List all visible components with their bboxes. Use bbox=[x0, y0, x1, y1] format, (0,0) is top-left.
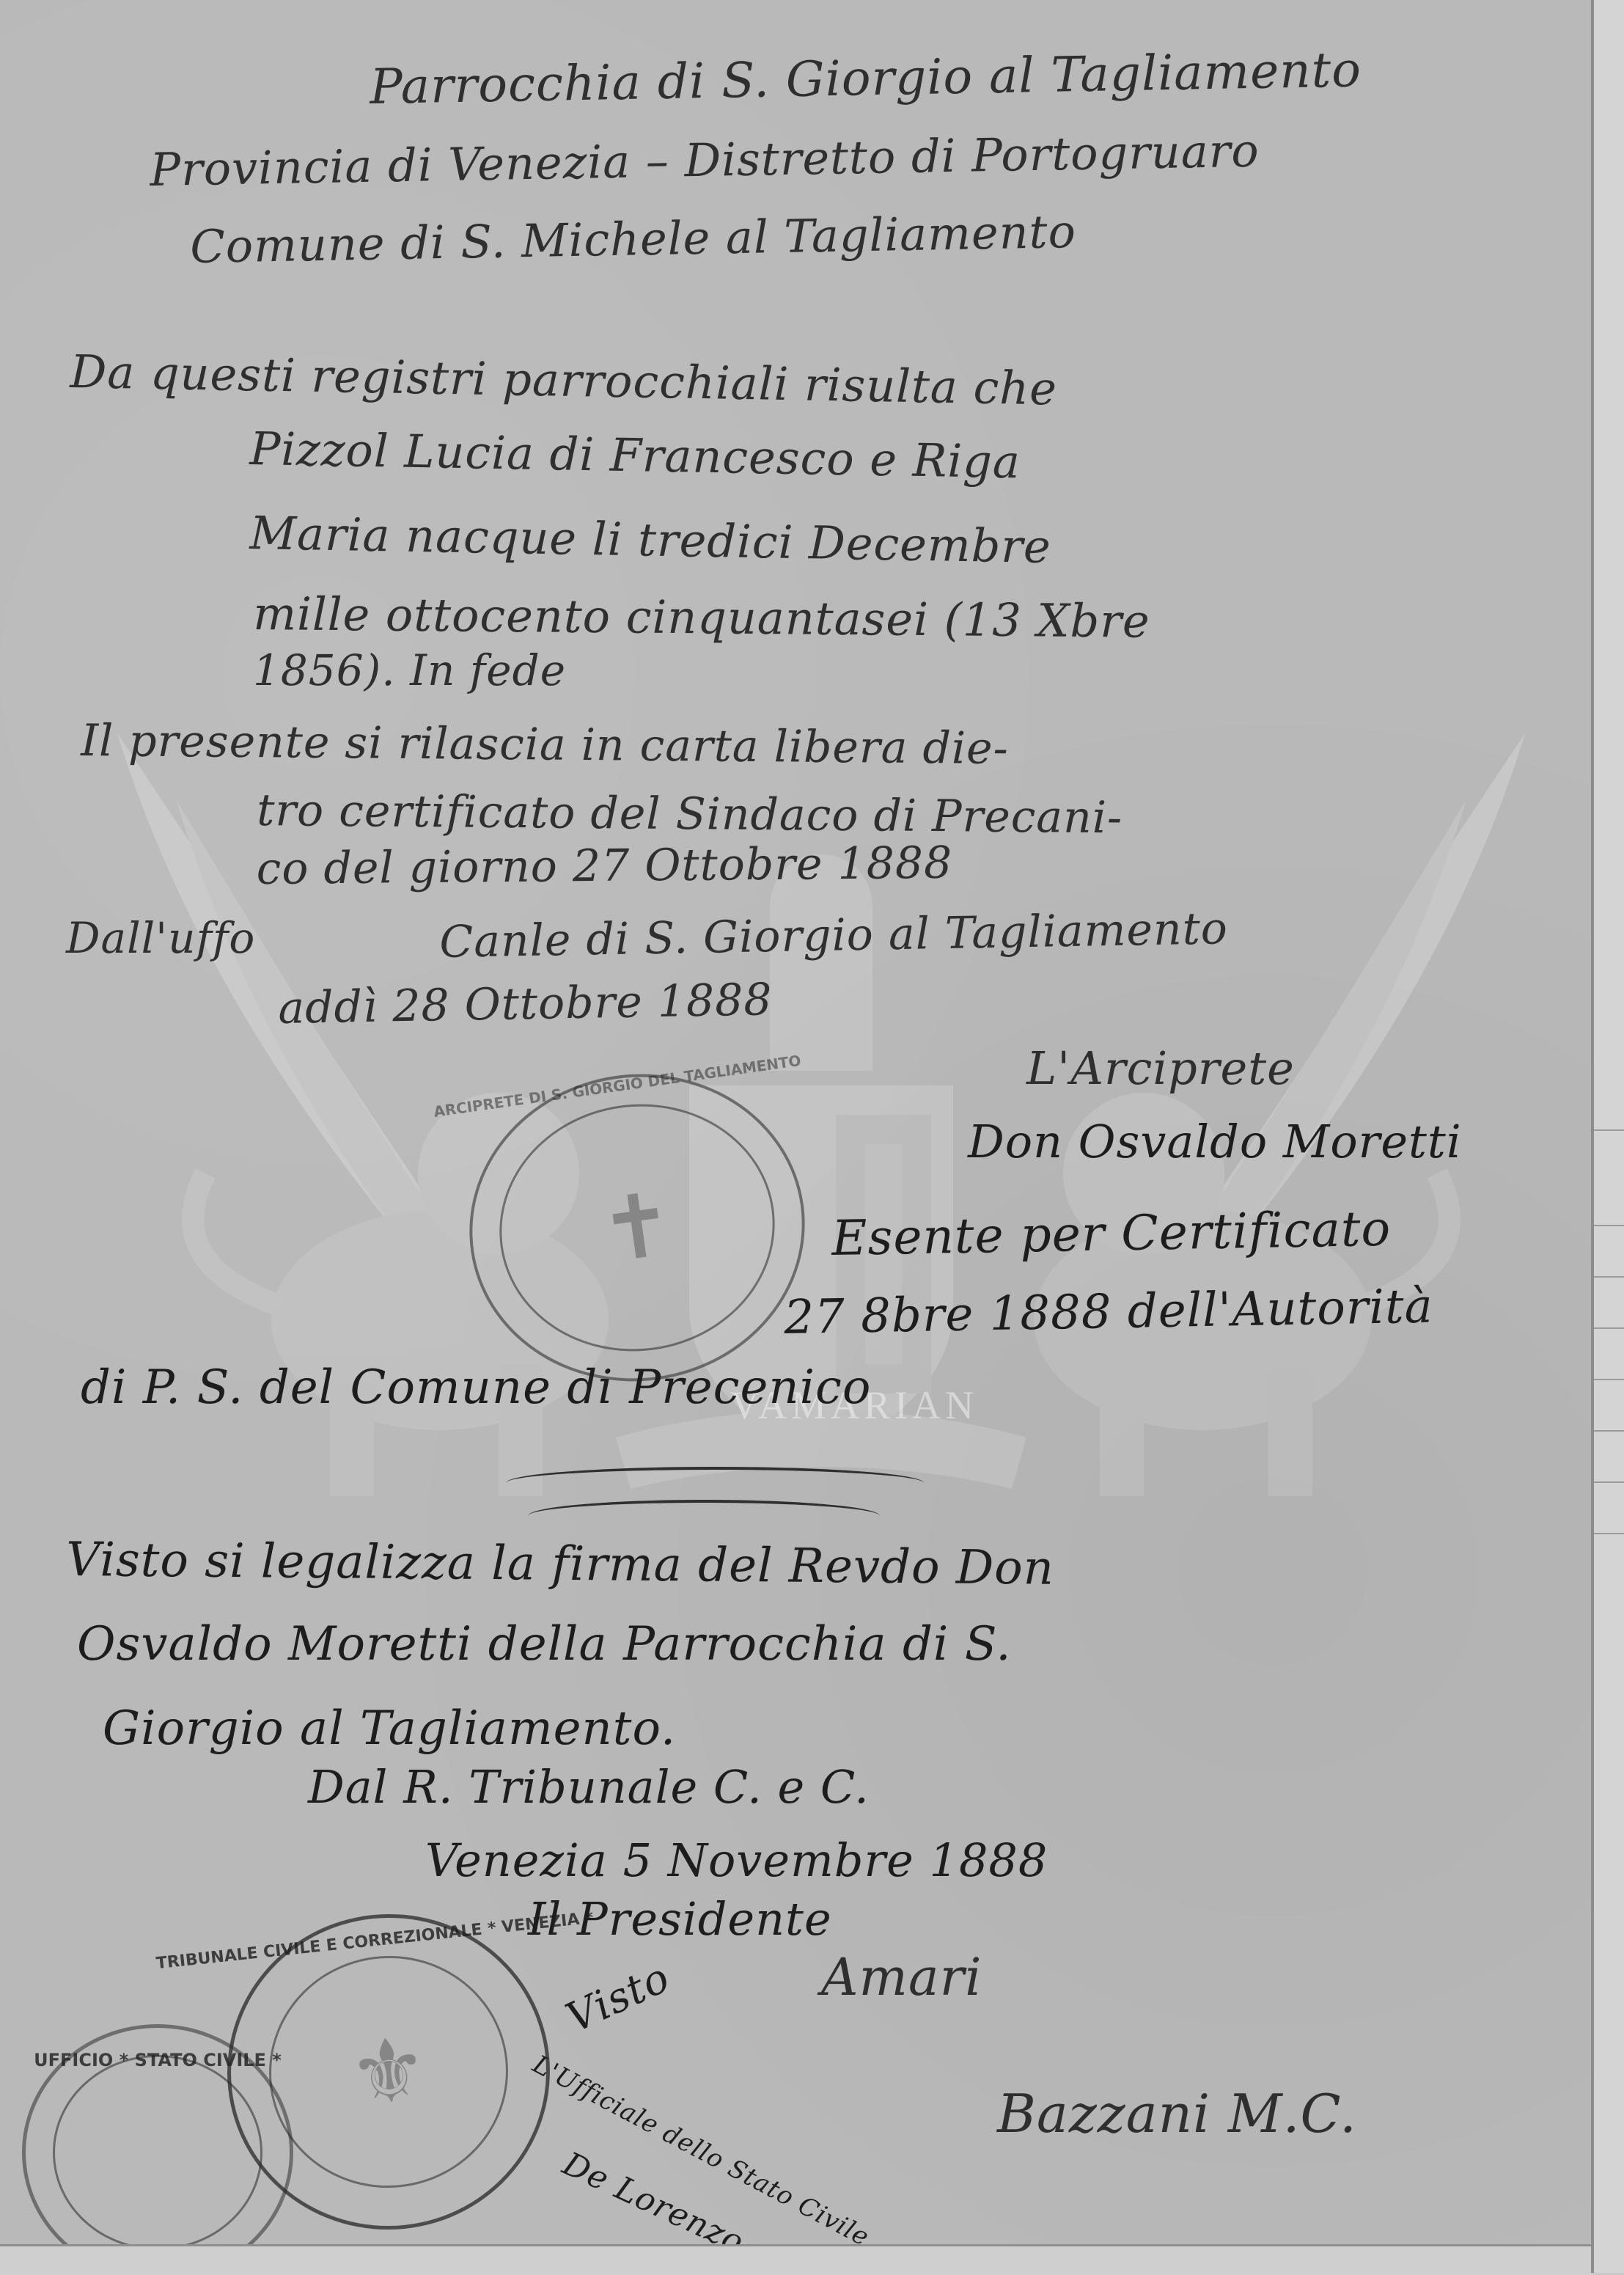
visto-signature: Visto bbox=[559, 1954, 677, 2043]
page-edge bbox=[1591, 0, 1624, 2273]
ruled-line bbox=[1594, 1533, 1624, 1534]
body-line-4: mille ottocento cinquantasei (13 Xbre bbox=[253, 587, 1150, 648]
body-line-3: Maria nacque li tredici Decembre bbox=[249, 506, 1051, 574]
body-line-11: addì 28 Ottobre 1888 bbox=[278, 974, 773, 1034]
body-line-10: Canle di S. Giorgio al Tagliamento bbox=[439, 903, 1229, 968]
ruled-line bbox=[1594, 1430, 1624, 1432]
legalization-line-3: Giorgio al Tagliamento. bbox=[103, 1701, 676, 1756]
saint-figure-icon: ✝ bbox=[594, 1172, 681, 1283]
ruled-line bbox=[1594, 1379, 1624, 1380]
exemption-underline-1 bbox=[506, 1467, 924, 1499]
exemption-line-3: di P. S. del Comune di Precenico bbox=[81, 1360, 871, 1415]
legalization-line-1: Visto si legalizza la firma del Revdo Do… bbox=[66, 1533, 1054, 1596]
ruled-line bbox=[1594, 1129, 1624, 1131]
parish-signature-name: Don Osvaldo Moretti bbox=[968, 1115, 1462, 1168]
ruled-line bbox=[1594, 1276, 1624, 1278]
ruled-line bbox=[1594, 1327, 1624, 1329]
body-line-5: 1856). In fede bbox=[253, 645, 566, 695]
parish-signature-title: L'Arciprete bbox=[1026, 1041, 1295, 1095]
president-signature: Amari bbox=[821, 1947, 982, 2007]
header-parish: Parrocchia di S. Giorgio al Tagliamento bbox=[370, 41, 1362, 115]
body-line-8: co del giorno 27 Ottobre 1888 bbox=[256, 838, 952, 895]
legalization-line-2: Osvaldo Moretti della Parrocchia di S. bbox=[77, 1617, 1012, 1671]
body-line-6: Il presente si rilascia in carta libera … bbox=[81, 715, 1009, 774]
legalization-line-4: Dal R. Tribunale C. e C. bbox=[308, 1760, 870, 1814]
exemption-underline-2 bbox=[528, 1500, 880, 1532]
document-page: VAMARIAN Parrocchia di S. Giorgio al Tag… bbox=[0, 0, 1591, 2244]
legalization-date: Venezia 5 Novembre 1888 bbox=[425, 1833, 1048, 1887]
right-signature: Bazzani M.C. bbox=[997, 2083, 1357, 2144]
header-province: Provincia di Venezia – Distretto di Port… bbox=[150, 124, 1260, 197]
ruled-line bbox=[1594, 1481, 1624, 1483]
parish-seal: ✝ ARCIPRETE DI S. GIORGIO DEL TAGLIAMENT… bbox=[449, 1052, 825, 1403]
body-line-9: Dall'uffo bbox=[66, 913, 255, 963]
body-line-7: tro certificato del Sindaco di Precani- bbox=[257, 785, 1123, 843]
exemption-line-2: 27 8bre 1888 dell'Autorità bbox=[784, 1280, 1434, 1345]
header-comune: Comune di S. Michele al Tagliamento bbox=[190, 205, 1077, 274]
coat-of-arms-icon: ⚜ bbox=[344, 2017, 433, 2126]
body-line-1: Da questi registri parrocchiali risulta … bbox=[70, 345, 1058, 415]
ruled-line bbox=[1594, 1225, 1624, 1226]
page-bottom-edge bbox=[0, 2244, 1591, 2273]
exemption-line-1: Esente per Certificato bbox=[831, 1201, 1392, 1267]
body-line-2: Pizzol Lucia di Francesco e Riga bbox=[249, 422, 1021, 488]
